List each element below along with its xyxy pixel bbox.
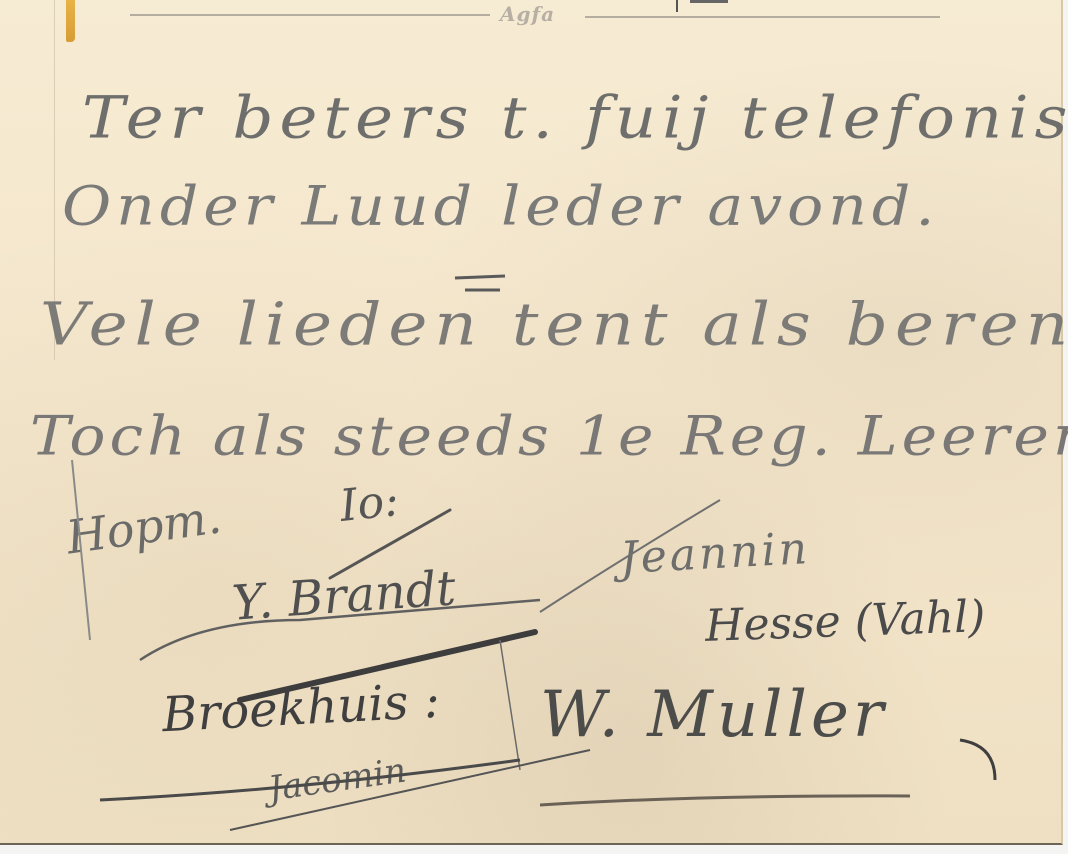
postcard-back: Agfa Ter beters t. fuij telefonisch Onde… <box>0 0 1063 845</box>
signature-scrawl: Jeannin <box>619 523 811 584</box>
message-line-2: Onder Luud leder avond. <box>62 175 939 238</box>
signature-muller: W. Muller <box>540 678 887 752</box>
signature-hopman: Hopm. <box>63 489 225 564</box>
pen-bar-mark <box>690 0 728 3</box>
signature-io: Io: <box>337 475 401 532</box>
tape-residue-mark <box>66 0 75 42</box>
header-rule-right <box>585 16 940 18</box>
signature-vahl: Hesse (Vahl) <box>704 591 986 652</box>
signature-broekhuis: Broekhuis : <box>161 673 441 743</box>
signature-brandt: Y. Brandt <box>230 560 457 631</box>
message-line-3: Vele lieden tent als beren, <box>40 290 1068 359</box>
header-rule-left <box>130 14 490 16</box>
message-line-1: Ter beters t. fuij telefonisch <box>82 85 1068 152</box>
message-line-4: Toch als steeds 1e Reg. Leeren. <box>30 405 1068 468</box>
pen-tick-mark <box>676 0 678 12</box>
agfa-brand-mark: Agfa <box>500 2 555 26</box>
signature-bottom: Jacomin <box>266 751 409 810</box>
